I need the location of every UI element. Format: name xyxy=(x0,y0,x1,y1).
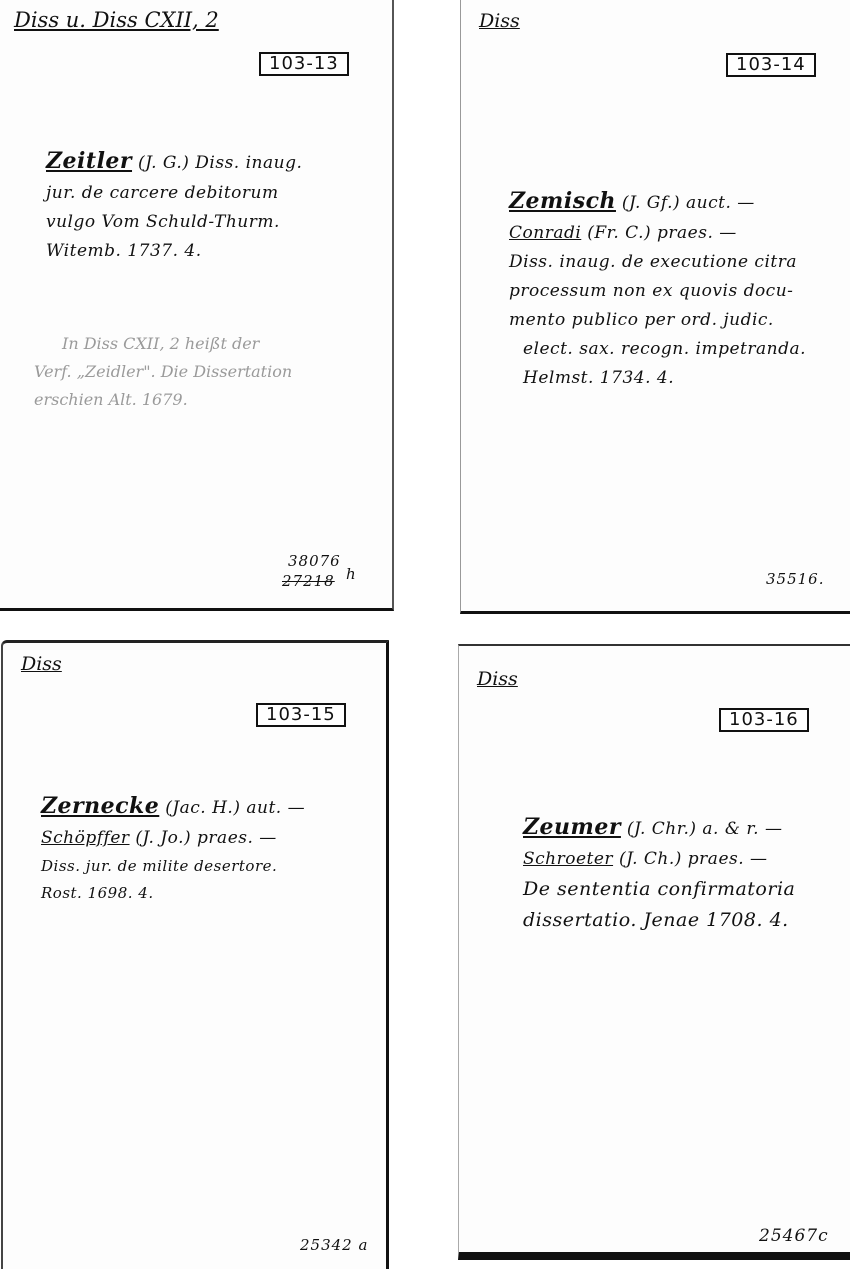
call-number: 103-13 xyxy=(259,52,349,76)
praeses-initials: (J. Ch.) praes. — xyxy=(619,849,768,869)
accession-suffix: h xyxy=(346,565,357,583)
category-mark: Diss xyxy=(479,12,520,31)
entry-line: Zernecke (Jac. H.) aut. — xyxy=(41,793,305,819)
call-number: 103-14 xyxy=(726,53,816,77)
entry-line: Helmst. 1734. 4. xyxy=(523,368,806,388)
entry-line: elect. sax. recogn. impetranda. xyxy=(523,339,806,359)
catalog-entry: Zemisch (J. Gf.) auct. — Conradi (Fr. C.… xyxy=(509,188,806,397)
entry-line: Rost. 1698. 4. xyxy=(41,884,305,902)
category-mark: Diss u. Diss CXII, 2 xyxy=(14,10,219,31)
call-number: 103-15 xyxy=(256,703,346,727)
catalog-entry: Zeumer (J. Chr.) a. & r. — Schroeter (J.… xyxy=(523,814,795,940)
entry-line: vulgo Vom Schuld-Thurm. xyxy=(46,212,302,232)
entry-line: De sententia confirmatoria xyxy=(523,878,795,900)
catalog-entry: Zeitler (J. G.) Diss. inaug. jur. de car… xyxy=(46,148,302,270)
author-name: Zeitler xyxy=(46,148,132,174)
catalog-card-103-13: Diss u. Diss CXII, 2 103-13 Zeitler (J. … xyxy=(0,0,394,611)
entry-line: Witemb. 1737. 4. xyxy=(46,241,302,261)
accession-number: 25342 a xyxy=(300,1236,368,1254)
praeses-initials: (J. Jo.) praes. — xyxy=(135,828,276,848)
entry-line: Diss. inaug. de executione citra xyxy=(509,252,806,272)
category-mark: Diss xyxy=(21,655,62,674)
entry-line: jur. de carcere debitorum xyxy=(46,183,302,203)
entry-line: Schöpffer (J. Jo.) praes. — xyxy=(41,828,305,848)
pencil-note: In Diss CXII, 2 heißt der Verf. „Zeidler… xyxy=(62,330,292,414)
entry-line: Zeumer (J. Chr.) a. & r. — xyxy=(523,814,795,840)
entry-text: Diss. inaug. xyxy=(195,153,302,173)
pencil-note-line: Verf. „Zeidler". Die Dissertation xyxy=(34,358,292,386)
catalog-card-103-14: Diss 103-14 Zemisch (J. Gf.) auct. — Con… xyxy=(460,0,850,614)
author-initials: (J. Chr.) a. & r. — xyxy=(627,819,783,839)
author-initials: (Jac. H.) aut. — xyxy=(165,798,305,818)
praeses-initials: (Fr. C.) praes. — xyxy=(587,223,737,243)
entry-line: mento publico per ord. judic. xyxy=(509,310,806,330)
accession-number: 35516. xyxy=(766,570,825,588)
praeses-name: Conradi xyxy=(509,223,581,243)
accession-number: 38076 xyxy=(288,552,341,570)
catalog-entry: Zernecke (Jac. H.) aut. — Schöpffer (J. … xyxy=(41,793,305,911)
entry-line: processum non ex quovis docu- xyxy=(509,281,806,301)
entry-line: Conradi (Fr. C.) praes. — xyxy=(509,223,806,243)
author-initials: (J. Gf.) auct. — xyxy=(622,193,755,213)
entry-line: Schroeter (J. Ch.) praes. — xyxy=(523,849,795,869)
praeses-name: Schöpffer xyxy=(41,828,130,848)
praeses-name: Schroeter xyxy=(523,849,613,869)
call-number: 103-16 xyxy=(719,708,809,732)
catalog-card-103-15: Diss 103-15 Zernecke (Jac. H.) aut. — Sc… xyxy=(1,640,389,1269)
author-name: Zernecke xyxy=(41,793,159,819)
accession-number-struck: 27218 xyxy=(282,572,335,590)
entry-line: Zemisch (J. Gf.) auct. — xyxy=(509,188,806,214)
category-mark: Diss xyxy=(477,670,518,689)
author-initials: (J. G.) xyxy=(138,153,189,173)
author-name: Zemisch xyxy=(509,188,616,214)
author-name: Zeumer xyxy=(523,814,621,840)
entry-line: Zeitler (J. G.) Diss. inaug. xyxy=(46,148,302,174)
pencil-note-line: erschien Alt. 1679. xyxy=(34,386,292,414)
pencil-note-line: In Diss CXII, 2 heißt der xyxy=(62,330,292,358)
catalog-card-103-16: Diss 103-16 Zeumer (J. Chr.) a. & r. — S… xyxy=(458,644,850,1260)
entry-line: Diss. jur. de milite desertore. xyxy=(41,857,305,875)
entry-line: dissertatio. Jenae 1708. 4. xyxy=(523,909,795,931)
accession-number: 25467c xyxy=(759,1226,829,1246)
